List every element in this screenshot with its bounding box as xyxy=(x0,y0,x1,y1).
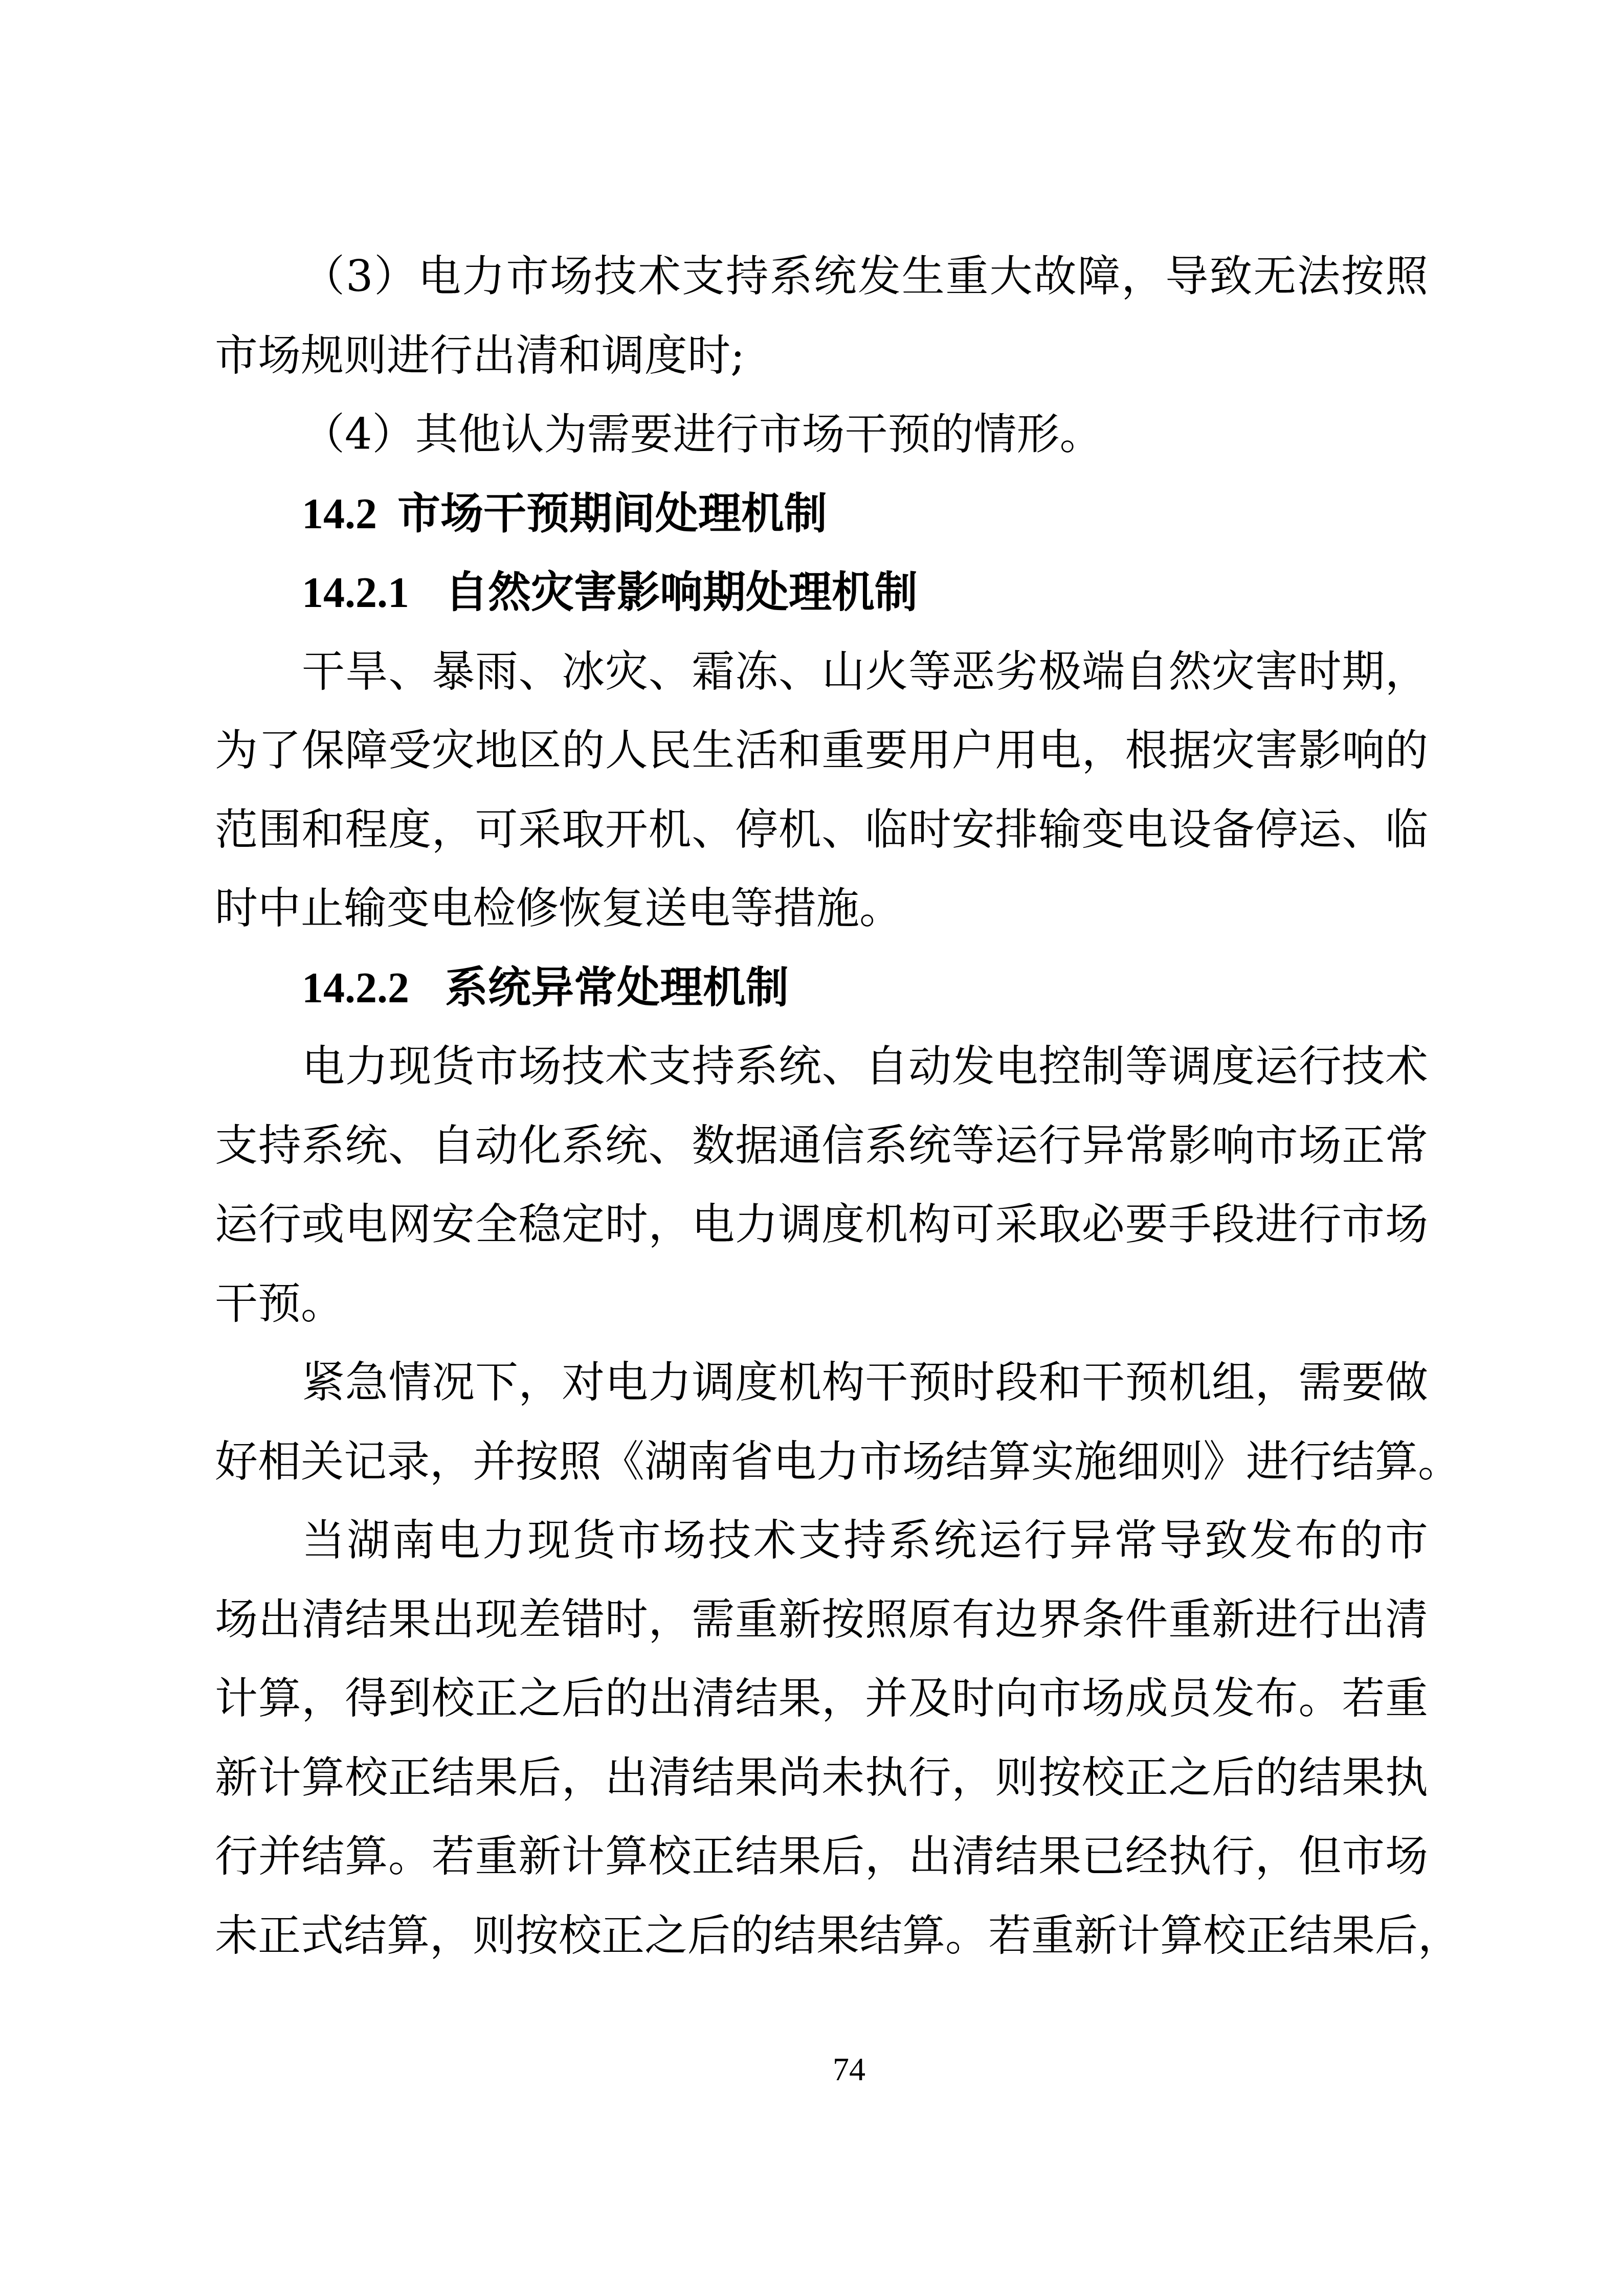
paragraph-line: 干旱、暴雨、冰灾、霜冻、山火等恶劣极端自然灾害时期， xyxy=(302,646,1428,697)
section-number: 14.2 xyxy=(302,490,377,538)
section-title: 系统异常处理机制 xyxy=(445,962,789,1012)
paragraph-line: 场出清结果出现差错时，需重新按照原有边界条件重新进行出清 xyxy=(215,1594,1428,1645)
paragraph-line: 计算，得到校正之后的出清结果，并及时向市场成员发布。若重 xyxy=(215,1673,1428,1724)
page-number: 74 xyxy=(798,2051,900,2088)
paragraph-line: 好相关记录，并按照《湖南省电力市场结算实施细则》进行结算。 xyxy=(215,1436,1428,1487)
section-title: 市场干预期间处理机制 xyxy=(397,488,827,538)
section-title: 自然灾害影响期处理机制 xyxy=(445,567,918,617)
paragraph-line: 紧急情况下，对电力调度机构干预时段和干预机组，需要做 xyxy=(302,1357,1428,1408)
section-heading-14-2-1: 14.2.1自然灾害影响期处理机制 xyxy=(302,567,1428,618)
section-heading-14-2: 14.2市场干预期间处理机制 xyxy=(302,488,1428,539)
list-item-3-line-2: 市场规则进行出清和调度时; xyxy=(215,330,1428,381)
paragraph-line: 支持系统、自动化系统、数据通信系统等运行异常影响市场正常 xyxy=(215,1120,1428,1171)
paragraph-line: 新计算校正结果后，出清结果尚未执行，则按校正之后的结果执 xyxy=(215,1752,1428,1803)
paragraph-line: 为了保障受灾地区的人民生活和重要用户用电，根据灾害影响的 xyxy=(215,725,1428,776)
list-item-3-line-1: （3）电力市场技术支持系统发生重大故障，导致无法按照 xyxy=(302,251,1428,302)
paragraph-line: 当湖南电力现货市场技术支持系统运行异常导致发布的市 xyxy=(302,1515,1428,1566)
document-page: （3）电力市场技术支持系统发生重大故障，导致无法按照 市场规则进行出清和调度时;… xyxy=(0,0,1624,2296)
paragraph-line: 时中止输变电检修恢复送电等措施。 xyxy=(215,883,1428,934)
section-number: 14.2.2 xyxy=(302,964,409,1012)
paragraph-line: 行并结算。若重新计算校正结果后，出清结果已经执行，但市场 xyxy=(215,1831,1428,1882)
section-heading-14-2-2: 14.2.2系统异常处理机制 xyxy=(302,962,1428,1013)
list-item-4: （4）其他认为需要进行市场干预的情形。 xyxy=(302,409,1428,460)
paragraph-line: 干预。 xyxy=(215,1278,1428,1329)
paragraph-line: 运行或电网安全稳定时，电力调度机构可采取必要手段进行市场 xyxy=(215,1199,1428,1250)
paragraph-line: 电力现货市场技术支持系统、自动发电控制等调度运行技术 xyxy=(302,1041,1428,1092)
section-number: 14.2.1 xyxy=(302,569,409,617)
paragraph-line: 未正式结算，则按校正之后的结果结算。若重新计算校正结果后， xyxy=(215,1910,1428,1961)
paragraph-line: 范围和程度，可采取开机、停机、临时安排输变电设备停运、临 xyxy=(215,804,1428,855)
